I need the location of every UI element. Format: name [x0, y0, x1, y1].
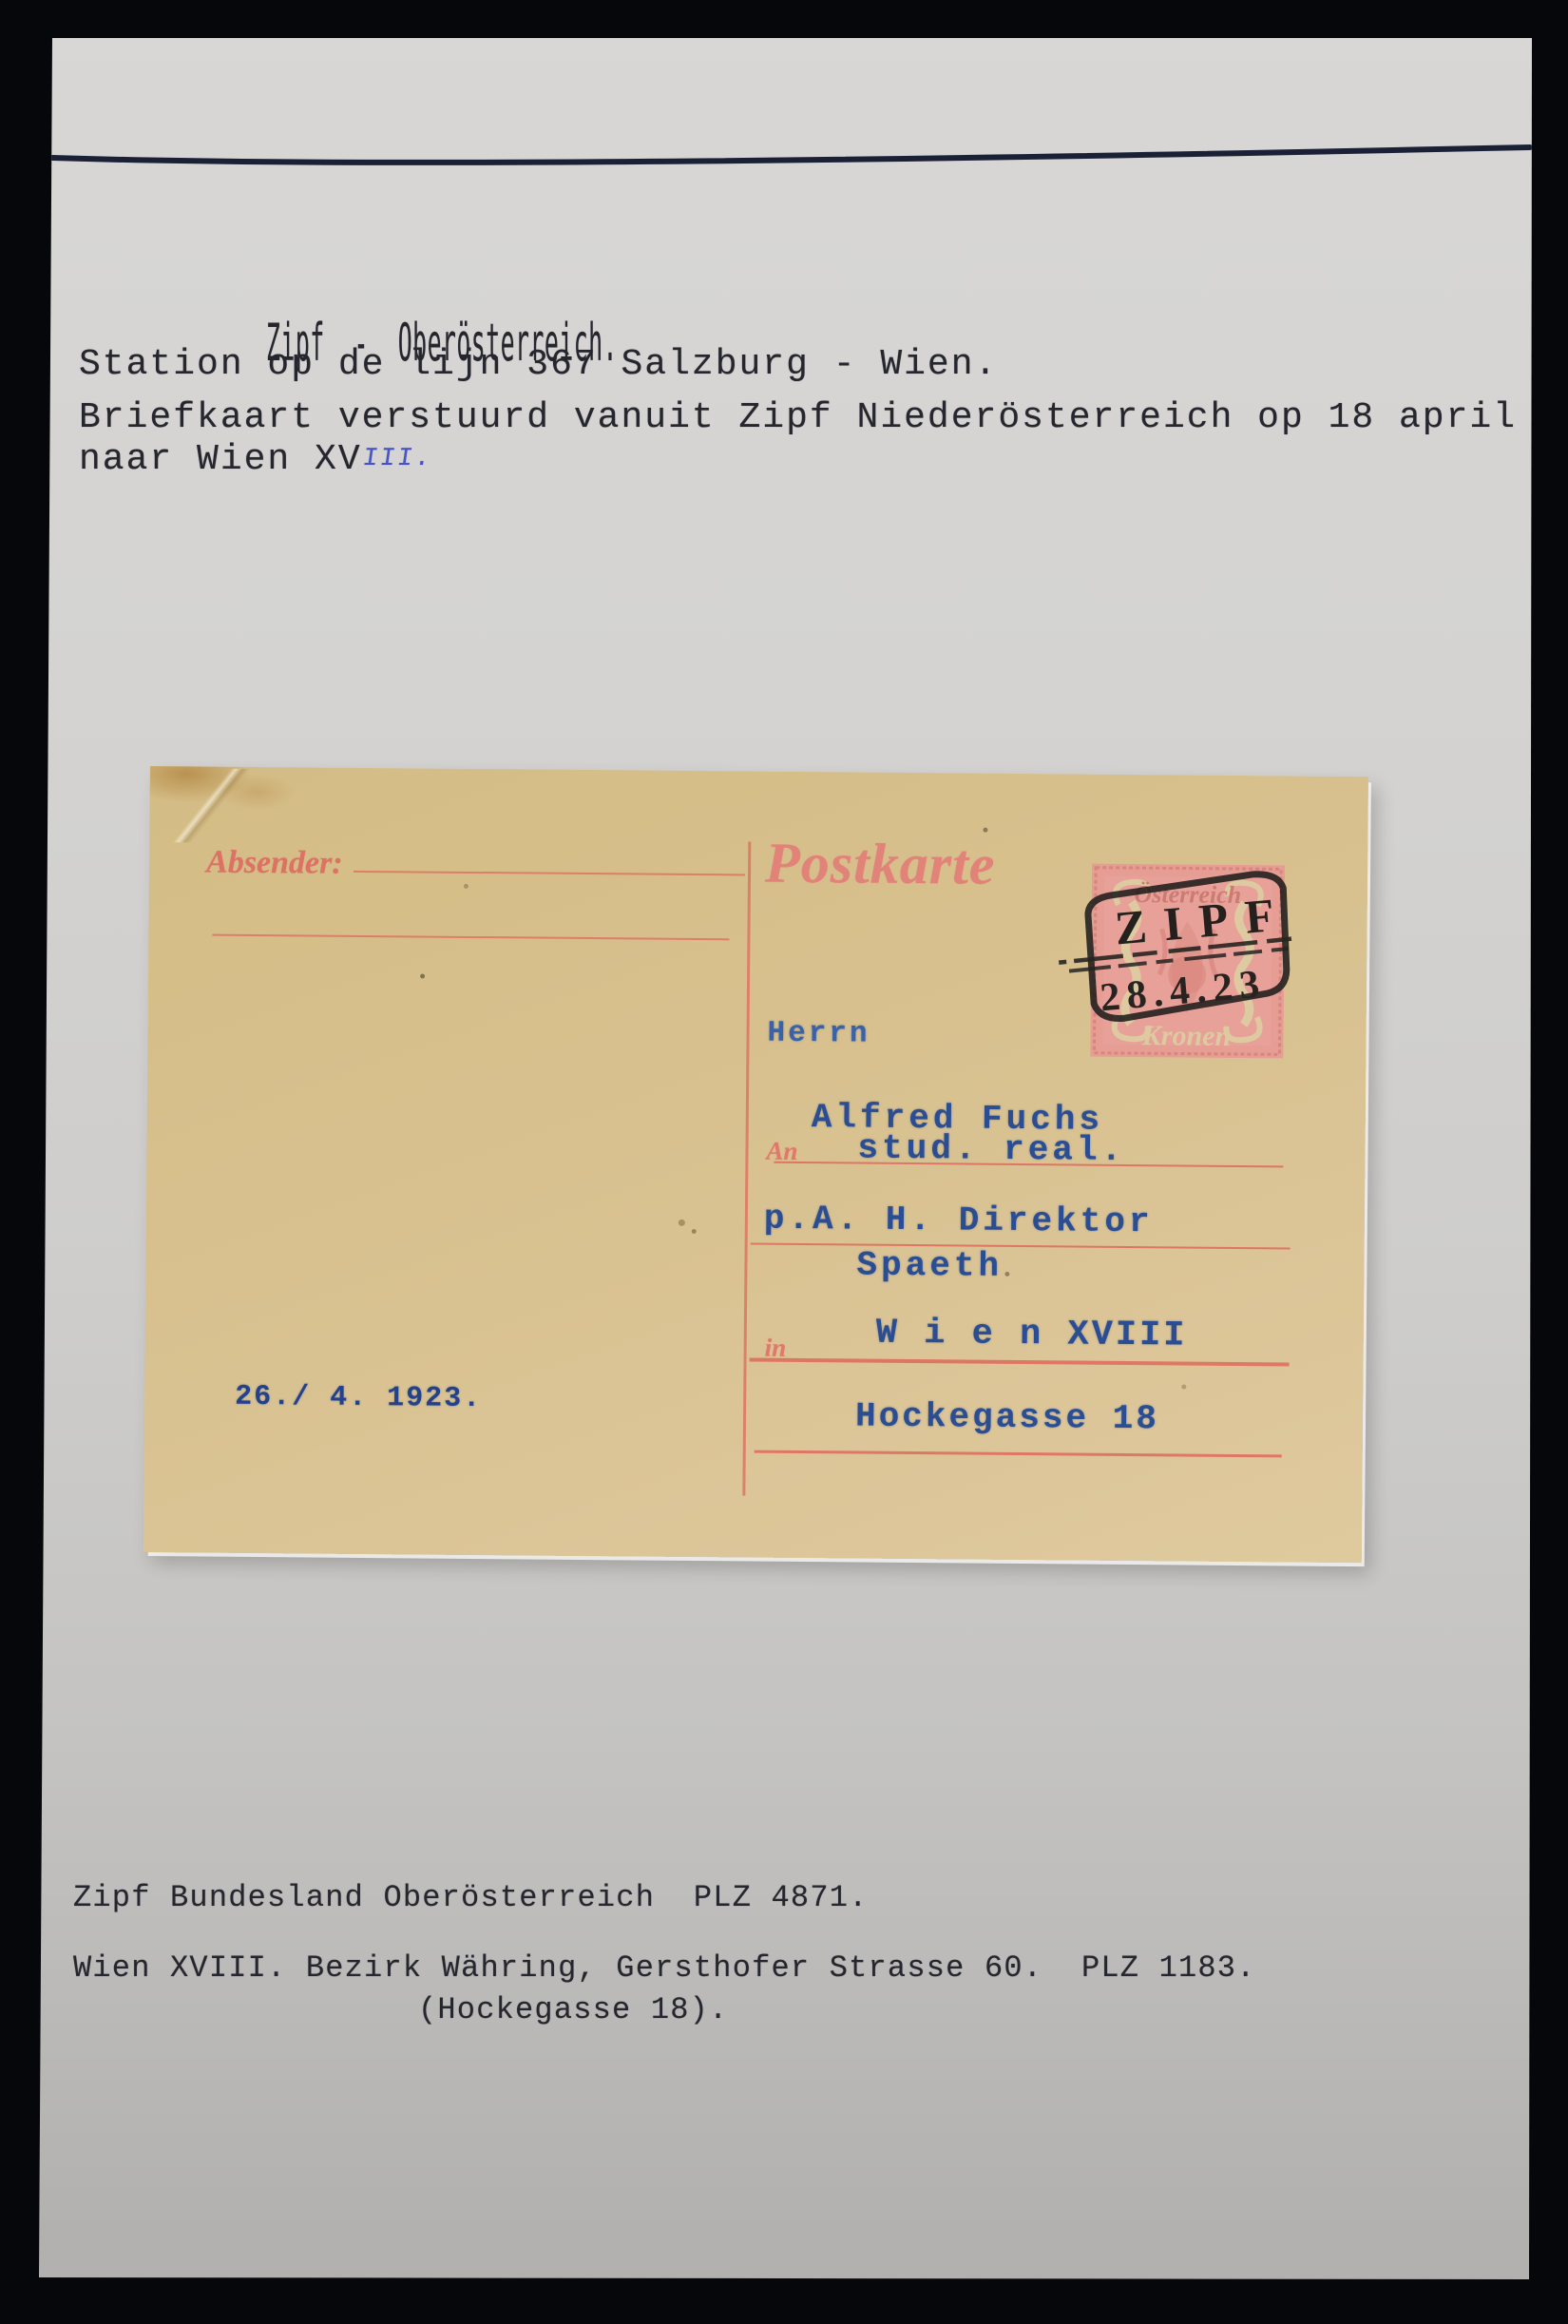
zipf-postmark: ZIPF 28.4.23 — [1052, 861, 1317, 1053]
album-rule-line — [0, 133, 1568, 190]
address-underline-2 — [751, 1243, 1291, 1250]
postmark-date: 28.4.23 — [1099, 962, 1268, 1020]
card-divider-line — [742, 841, 751, 1495]
album-page: Zipf - Oberösterreich. Station op de lij… — [0, 0, 1568, 2324]
footer-line-1: Zipf Bundesland Oberösterreich PLZ 4871. — [73, 1880, 869, 1915]
salutation: Herrn — [767, 1017, 870, 1051]
sender-date-note: 26./ 4. 1923. — [235, 1381, 482, 1415]
corner-fold-crease — [151, 768, 266, 843]
care-of-name: Spaeth — [856, 1246, 1003, 1286]
caption-line-3-typed: naar Wien XV — [79, 439, 362, 480]
paper-specks — [150, 766, 153, 769]
postcard: Absender: Postkarte Österreich Kronen — [143, 766, 1368, 1563]
postmark-place: ZIPF — [1113, 887, 1293, 955]
caption-line-2: Briefkaart verstuurd vanuit Zipf Niederö… — [79, 397, 1568, 438]
address-city: W i e n XVIII — [876, 1314, 1188, 1356]
address-underline-4 — [755, 1450, 1282, 1458]
footer-line-3: (Hockegasse 18). — [418, 1992, 728, 2027]
absender-line-2 — [212, 934, 729, 941]
caption-line-1: Station op de lijn 367 Salzburg - Wien. — [79, 344, 998, 385]
footer-line-2: Wien XVIII. Bezirk Währing, Gersthofer S… — [73, 1950, 1256, 1986]
handwritten-district-note: III. — [360, 445, 433, 473]
album-photo: Zipf - Oberösterreich. Station op de lij… — [0, 0, 1568, 2324]
care-of-line: p.A. H. Direktor — [764, 1200, 1154, 1242]
caption-line-3: naar Wien XVIII. — [79, 439, 430, 480]
absender-line-1 — [354, 871, 745, 876]
absender-label: Absender: — [206, 845, 343, 882]
address-underline-3 — [750, 1358, 1290, 1367]
postkarte-title: Postkarte — [765, 831, 996, 898]
address-street: Hockegasse 18 — [855, 1397, 1159, 1439]
